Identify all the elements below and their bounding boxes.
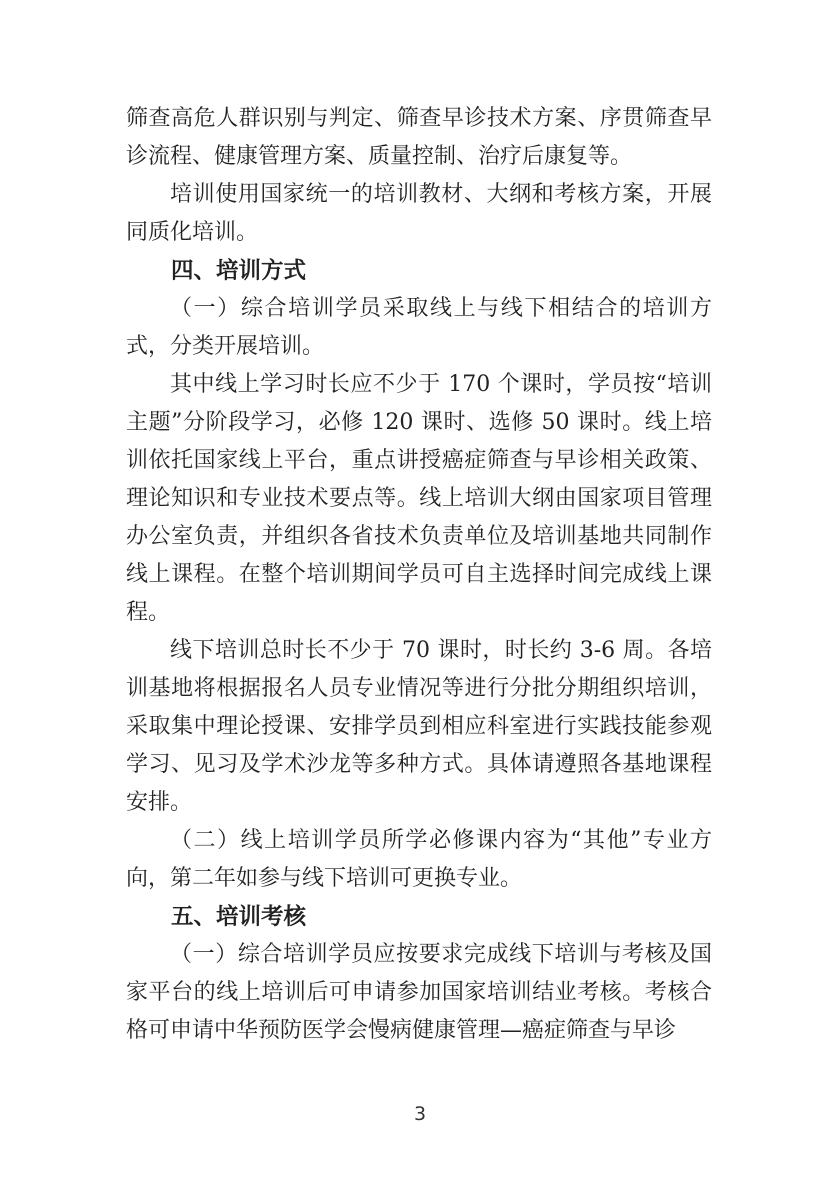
section-heading-training-assessment: 五、培训考核 (126, 898, 712, 936)
document-body: 筛查高危人群识别与判定、筛查早诊技术方案、序贯筛查早诊流程、健康管理方案、质量控… (126, 100, 712, 1050)
section-heading-training-method: 四、培训方式 (126, 252, 712, 290)
paragraph: 筛查高危人群识别与判定、筛查早诊技术方案、序贯筛查早诊流程、健康管理方案、质量控… (126, 100, 712, 176)
paragraph: （一）综合培训学员采取线上与线下相结合的培训方式，分类开展培训。 (126, 290, 712, 366)
page-number: 3 (0, 1103, 840, 1125)
document-page: 筛查高危人群识别与判定、筛查早诊技术方案、序贯筛查早诊流程、健康管理方案、质量控… (0, 0, 840, 1187)
paragraph: 其中线上学习时长应不少于 170 个课时，学员按“培训主题”分阶段学习，必修 1… (126, 366, 712, 632)
paragraph: 线下培训总时长不少于 70 课时，时长约 3-6 周。各培训基地将根据报名人员专… (126, 632, 712, 822)
paragraph: （二）线上培训学员所学必修课内容为“其他”专业方向，第二年如参与线下培训可更换专… (126, 822, 712, 898)
paragraph: （一）综合培训学员应按要求完成线下培训与考核及国家平台的线上培训后可申请参加国家… (126, 936, 712, 1050)
paragraph: 培训使用国家统一的培训教材、大纲和考核方案，开展同质化培训。 (126, 176, 712, 252)
